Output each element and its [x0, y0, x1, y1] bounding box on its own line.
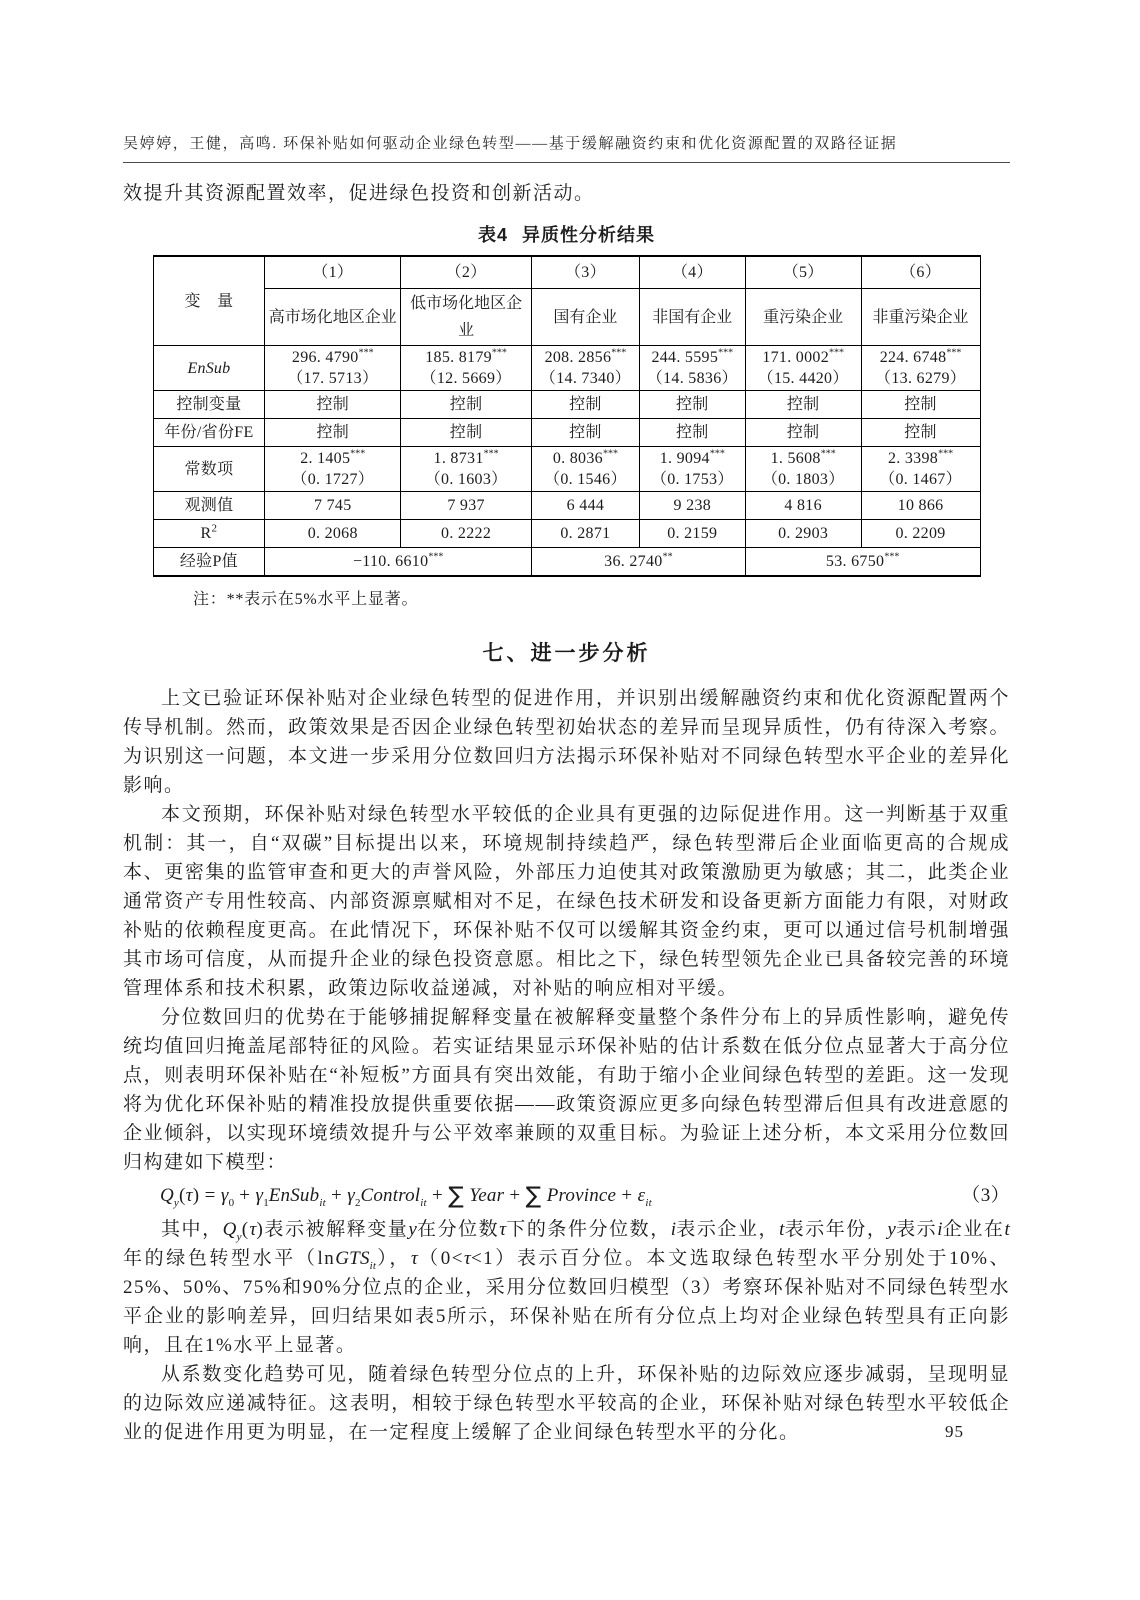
- coefficient-cell: 1. 8731***（0. 1603）: [401, 447, 532, 492]
- row-label: R2: [153, 520, 265, 548]
- significance-stars: ***: [603, 449, 618, 460]
- value-cell: 4 816: [745, 492, 861, 520]
- row-label: 常数项: [153, 447, 265, 492]
- significance-stars: ***: [710, 449, 725, 460]
- value-cell: 10 866: [861, 492, 980, 520]
- equation: Qy(τ) = γ0 + γ1EnSubit + γ2Controlit + ∑…: [123, 1179, 1010, 1213]
- value-cell: 控制: [745, 391, 861, 419]
- text-segment: Year: [469, 1185, 504, 1206]
- text-segment: Q: [160, 1185, 174, 1206]
- value-cell: 9 238: [639, 492, 745, 520]
- coefficient-cell: 1. 9094***（0. 1753）: [639, 447, 745, 492]
- coefficient-cell: 2. 3398***（0. 1467）: [861, 447, 980, 492]
- text-segment: 其中，: [161, 1219, 223, 1240]
- paragraph: 本文预期，环保补贴对绿色转型水平较低的企业具有更强的边际促进作用。这一判断基于双…: [123, 800, 1010, 1003]
- significance-stars: ***: [492, 348, 507, 359]
- section-heading: 七、进一步分析: [123, 637, 1010, 667]
- significance-stars: ***: [350, 449, 365, 460]
- value-cell: 0. 2903: [745, 520, 861, 548]
- text-segment: +: [616, 1185, 637, 1206]
- paragraph: 上文已验证环保补贴对企业绿色转型的促进作用，并识别出缓解融资约束和优化资源配置两…: [123, 684, 1010, 800]
- text-segment: 表示: [896, 1219, 937, 1240]
- significance-stars: ***: [938, 449, 953, 460]
- text-segment: +: [427, 1185, 448, 1206]
- standard-error: （14. 5836）: [641, 368, 744, 389]
- table-note: 注：**表示在5%水平上显著。: [193, 586, 1010, 609]
- text-segment: 上文已验证环保补贴对企业绿色转型的促进作用，并识别出缓解融资约束和优化资源配置两…: [123, 688, 1010, 796]
- coefficient-cell: 171. 0002***（15. 4420）: [745, 346, 861, 391]
- value-cell: 0. 2222: [401, 520, 532, 548]
- significance-stars: ***: [718, 348, 733, 359]
- value-cell: 控制: [265, 391, 401, 419]
- value-cell: 控制: [401, 391, 532, 419]
- text-segment: 控制变量: [176, 396, 241, 413]
- equation-number: （3）: [961, 1179, 1010, 1213]
- standard-error: （13. 6279）: [863, 368, 979, 389]
- pvalue-cell: −110. 6610***: [265, 548, 532, 577]
- value-cell: 0. 2159: [639, 520, 745, 548]
- text-segment: 表示企业，: [676, 1219, 779, 1240]
- text-segment: 分位数回归的优势在于能够捕捉解释变量在被解释变量整个条件分布上的异质性影响，避免…: [123, 1007, 1010, 1173]
- coefficient-cell: 2. 1405***（0. 1727）: [265, 447, 401, 492]
- significance-stars: ***: [428, 552, 443, 563]
- value-cell: 控制: [745, 419, 861, 447]
- text-segment: Q: [223, 1219, 237, 1240]
- text-segment: ) =: [193, 1185, 221, 1206]
- column-header-group: 重污染企业: [745, 289, 861, 346]
- coefficient-cell: 1. 5608***（0. 1803）: [745, 447, 861, 492]
- significance-stars: ***: [884, 552, 899, 563]
- coefficient-cell: 185. 8179***（12. 5669）: [401, 346, 532, 391]
- text-segment: τ: [411, 1248, 418, 1269]
- pvalue-cell: 36. 2740**: [531, 548, 745, 577]
- significance-stars: ***: [359, 348, 374, 359]
- table-caption: 表4异质性分析结果: [123, 221, 1010, 247]
- coefficient-value: 244. 5595***: [641, 347, 744, 368]
- standard-error: （0. 1603）: [402, 469, 530, 490]
- text-segment: ∑: [448, 1183, 464, 1209]
- text-segment: +: [504, 1185, 525, 1206]
- standard-error: （14. 7340）: [533, 368, 638, 389]
- standard-error: （12. 5669）: [402, 368, 530, 389]
- text-segment: EnSub: [188, 360, 231, 377]
- standard-error: （15. 4420）: [747, 368, 860, 389]
- coefficient-value: 208. 2856***: [533, 347, 638, 368]
- value-cell: 控制: [639, 391, 745, 419]
- text-segment: R: [201, 525, 212, 542]
- paragraph: 从系数变化趋势可见，随着绿色转型分位点的上升，环保补贴的边际效应逐步减弱，呈现明…: [123, 1360, 1010, 1447]
- value-cell: 7 745: [265, 492, 401, 520]
- paragraph: 分位数回归的优势在于能够捕捉解释变量在被解释变量整个条件分布上的异质性影响，避免…: [123, 1003, 1010, 1177]
- paper-page: 吴婷婷，王健，高鸣. 环保补贴如何驱动企业绿色转型——基于缓解融资约束和优化资源…: [0, 0, 1140, 1447]
- row-label: 观测值: [153, 492, 265, 520]
- text-segment: 企业在: [943, 1219, 1005, 1240]
- table-caption-label: 表4: [478, 225, 508, 245]
- text-segment: y: [408, 1219, 417, 1240]
- body-paragraphs: 上文已验证环保补贴对企业绿色转型的促进作用，并识别出缓解融资约束和优化资源配置两…: [123, 684, 1010, 1447]
- coefficient-value: 1. 5608***: [747, 448, 860, 469]
- text-segment: 在分位数: [417, 1219, 499, 1240]
- text-segment: Control: [360, 1185, 420, 1206]
- row-label: 经验P值: [153, 548, 265, 577]
- text-segment: +: [234, 1185, 255, 1206]
- text-segment: y: [887, 1219, 896, 1240]
- coefficient-cell: 208. 2856***（14. 7340）: [531, 346, 639, 391]
- standard-error: （0. 1546）: [533, 469, 638, 490]
- significance-stars: **: [663, 552, 673, 563]
- coefficient-value: 1. 9094***: [641, 448, 744, 469]
- table-caption-title: 异质性分析结果: [522, 225, 655, 245]
- text-segment: t: [1004, 1219, 1009, 1240]
- heterogeneity-results-table: 变 量（1）（2）（3）（4）（5）（6）高市场化地区企业低市场化地区企业国有企…: [153, 255, 981, 577]
- column-header-group: 高市场化地区企业: [265, 289, 401, 346]
- column-header-number: （2）: [401, 256, 532, 289]
- text-segment: )表示被解释变量: [257, 1219, 409, 1240]
- text-segment: 从系数变化趋势可见，随着绿色转型分位点的上升，环保补贴的边际效应逐步减弱，呈现明…: [123, 1364, 1010, 1443]
- row-label: 控制变量: [153, 391, 265, 419]
- coefficient-value: 2. 1405***: [266, 448, 399, 469]
- paragraph: 其中，Qy(τ)表示被解释变量y在分位数τ下的条件分位数，i表示企业，t表示年份…: [123, 1215, 1010, 1360]
- text-segment: τ: [250, 1219, 257, 1240]
- text-segment: GTS: [335, 1248, 369, 1269]
- text-segment: τ: [186, 1185, 193, 1206]
- standard-error: （0. 1803）: [747, 469, 860, 490]
- text-segment: γ: [221, 1185, 229, 1206]
- text-segment: it: [645, 1197, 652, 1209]
- column-header-number: （3）: [531, 256, 639, 289]
- text-segment: ∑: [526, 1183, 542, 1209]
- text-segment: EnSub: [269, 1185, 320, 1206]
- page-number: 95: [945, 1422, 964, 1442]
- value-cell: 控制: [861, 419, 980, 447]
- row-label: 年份/省份FE: [153, 419, 265, 447]
- text-segment: 经验P值: [180, 553, 238, 570]
- intro-paragraph: 效提升其资源配置效率，促进绿色投资和创新活动。: [123, 179, 1010, 208]
- significance-stars: ***: [484, 449, 499, 460]
- column-header-variable: 变 量: [153, 256, 265, 346]
- coefficient-value: 296. 4790***: [266, 347, 399, 368]
- running-head: 吴婷婷，王健，高鸣. 环保补贴如何驱动企业绿色转型——基于缓解融资约束和优化资源…: [123, 132, 1010, 163]
- text-segment: Province: [547, 1185, 616, 1206]
- value-cell: 7 937: [401, 492, 532, 520]
- coefficient-value: 1. 8731***: [402, 448, 530, 469]
- coefficient-cell: 244. 5595***（14. 5836）: [639, 346, 745, 391]
- value-cell: 控制: [531, 391, 639, 419]
- coefficient-cell: 296. 4790***（17. 5713）: [265, 346, 401, 391]
- text-segment: 常数项: [184, 461, 233, 478]
- significance-stars: ***: [946, 348, 961, 359]
- coefficient-value: 0. 8036***: [533, 448, 638, 469]
- value-cell: 控制: [531, 419, 639, 447]
- value-cell: 控制: [639, 419, 745, 447]
- value-cell: 6 444: [531, 492, 639, 520]
- value-cell: 控制: [861, 391, 980, 419]
- text-segment: (: [179, 1185, 186, 1206]
- standard-error: （0. 1467）: [863, 469, 979, 490]
- text-segment: τ: [464, 1248, 471, 1269]
- text-segment: 本文预期，环保补贴对绿色转型水平较低的企业具有更强的边际促进作用。这一判断基于双…: [123, 804, 1010, 999]
- value-cell: 控制: [265, 419, 401, 447]
- standard-error: （0. 1727）: [266, 469, 399, 490]
- standard-error: （17. 5713）: [266, 368, 399, 389]
- value-cell: 0. 2068: [265, 520, 401, 548]
- text-segment: 观测值: [184, 497, 233, 514]
- row-label: EnSub: [153, 346, 265, 391]
- coefficient-value: 171. 0002***: [747, 347, 860, 368]
- significance-stars: ***: [821, 449, 836, 460]
- text-segment: 年份/省份FE: [164, 424, 253, 441]
- column-header-number: （4）: [639, 256, 745, 289]
- value-cell: 控制: [401, 419, 532, 447]
- coefficient-value: 224. 6748***: [863, 347, 979, 368]
- coefficient-value: 185. 8179***: [402, 347, 530, 368]
- text-segment: ），: [376, 1248, 411, 1269]
- value-cell: 0. 2209: [861, 520, 980, 548]
- text-segment: 年的绿色转型水平（ln: [123, 1248, 335, 1269]
- text-segment: 表示年份，: [785, 1219, 888, 1240]
- text-segment: (: [242, 1219, 250, 1240]
- standard-error: （0. 1753）: [641, 469, 744, 490]
- significance-stars: ***: [611, 348, 626, 359]
- equation-body: Qy(τ) = γ0 + γ1EnSubit + γ2Controlit + ∑…: [160, 1185, 652, 1206]
- pvalue-cell: 53. 6750***: [745, 548, 980, 577]
- coefficient-value: 2. 3398***: [863, 448, 979, 469]
- coefficient-cell: 0. 8036***（0. 1546）: [531, 447, 639, 492]
- coefficient-cell: 224. 6748***（13. 6279）: [861, 346, 980, 391]
- column-header-group: 国有企业: [531, 289, 639, 346]
- column-header-group: 非国有企业: [639, 289, 745, 346]
- column-header-group: 低市场化地区企业: [401, 289, 532, 346]
- text-segment: +: [326, 1185, 347, 1206]
- text-segment: γ: [347, 1185, 355, 1206]
- value-cell: 0. 2871: [531, 520, 639, 548]
- text-segment: （0<: [418, 1248, 464, 1269]
- significance-stars: ***: [829, 348, 844, 359]
- text-segment: 2: [212, 523, 218, 535]
- column-header-number: （6）: [861, 256, 980, 289]
- column-header-number: （5）: [745, 256, 861, 289]
- column-header-number: （1）: [265, 256, 401, 289]
- column-header-group: 非重污染企业: [861, 289, 980, 346]
- text-segment: 下的条件分位数，: [506, 1219, 671, 1240]
